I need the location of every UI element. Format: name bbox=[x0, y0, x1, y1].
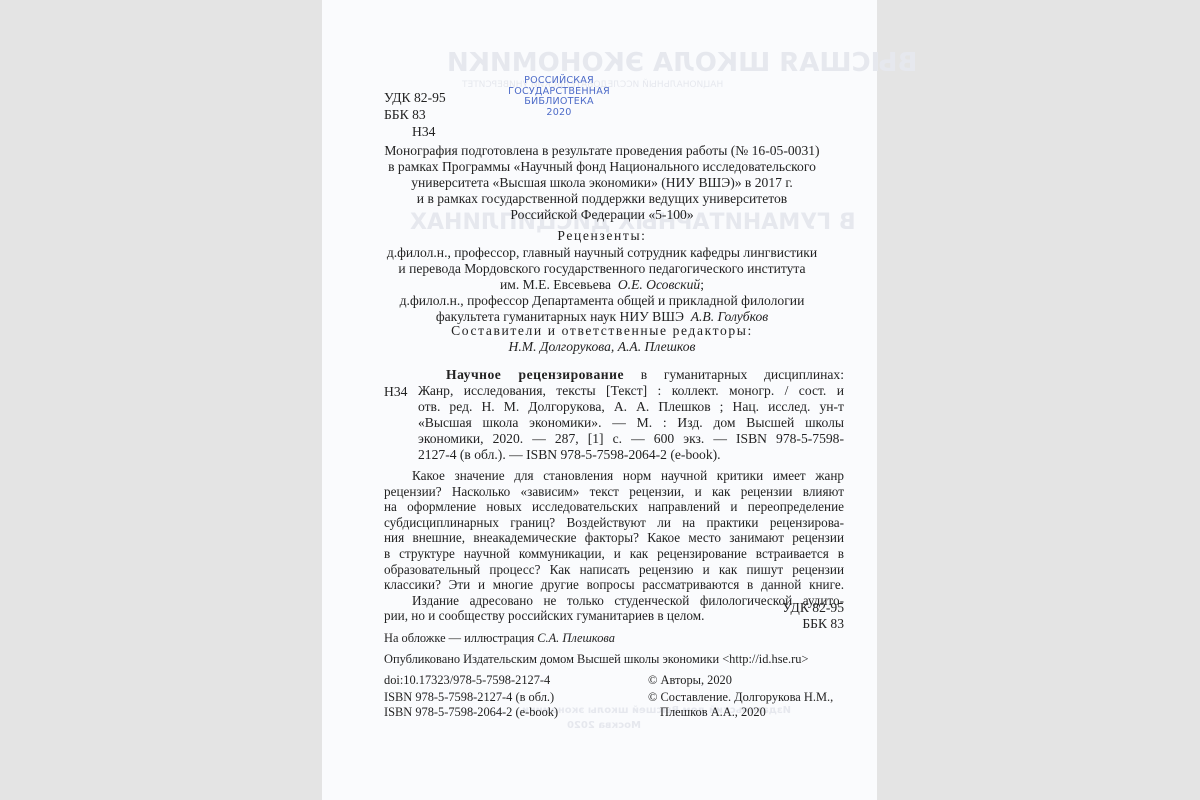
editors-names: Н.М. Долгорукова, А.А. Плешков bbox=[509, 339, 696, 354]
funding-line: в рамках Программы «Научный фонд Национа… bbox=[362, 159, 842, 175]
editors-heading: Составители и ответственные редакторы: bbox=[362, 323, 842, 339]
stamp-year: 2020 bbox=[504, 108, 614, 119]
book-page: ВЫСШАЯ ШКОЛА ЭКОНОМИКИ НАЦИОНАЛЬНЫЙ ИССЛ… bbox=[322, 0, 877, 800]
funding-line: Российской Федерации «5-100» bbox=[362, 207, 842, 223]
funding-note: Монография подготовлена в результате про… bbox=[362, 143, 842, 223]
udk-code: УДК 82-95 bbox=[384, 90, 446, 106]
abstract: Какое значение для становления норм науч… bbox=[384, 468, 844, 624]
bibliographic-mark: Н34 bbox=[384, 384, 407, 400]
bibliographic-record: Научное рецензирование в гуманитарных ди… bbox=[418, 367, 844, 463]
abstract-line: субдисциплинарных границ? Воздействуют л… bbox=[384, 515, 844, 531]
abstract-line: на оформление новых исследовательских на… bbox=[384, 499, 844, 515]
show-through-title: ВЫСШАЯ ШКОЛА ЭКОНОМИКИ bbox=[447, 48, 917, 78]
copyright-compilation-cont: Плешков А.А., 2020 bbox=[660, 705, 766, 721]
udk-code-bottom: УДК 82-95 bbox=[782, 600, 844, 616]
audience-line: Издание адресовано не только студенческо… bbox=[384, 593, 844, 609]
funding-line: Монография подготовлена в результате про… bbox=[362, 143, 842, 159]
library-stamp: РОССИЙСКАЯ ГОСУДАРСТВЕННАЯ БИБЛИОТЕКА 20… bbox=[504, 76, 614, 118]
reviewer-1-name: О.Е. Осовский bbox=[618, 277, 700, 292]
doi: doi:10.17323/978-5-7598-2127-4 bbox=[384, 673, 550, 689]
funding-line: и в рамках государственной поддержки вед… bbox=[362, 191, 842, 207]
biblio-line: 2127-4 (в обл.). — ISBN 978-5-7598-2064-… bbox=[418, 447, 844, 463]
abstract-line: рецензии? Насколько «зависим» текст реце… bbox=[384, 484, 844, 500]
biblio-line: экономики, 2020. — 287, [1] с. — 600 экз… bbox=[418, 431, 844, 447]
abstract-line: классики? Эти и многие другие вопросы ра… bbox=[384, 577, 844, 593]
publisher-note: Опубликовано Издательским домом Высшей ш… bbox=[384, 652, 808, 668]
isbn-ebook: ISBN 978-5-7598-2064-2 (e-book) bbox=[384, 705, 558, 721]
stamp-line: БИБЛИОТЕКА bbox=[504, 97, 614, 108]
abstract-line: образовательный процесс? Как написать ре… bbox=[384, 562, 844, 578]
bbk-code: ББК 83 bbox=[384, 107, 426, 123]
biblio-line: отв. ред. Н. М. Долгорукова, А. А. Плешк… bbox=[418, 399, 844, 415]
copyright-compilation: © Составление. Долгорукова Н.М., bbox=[648, 690, 833, 706]
author-mark: Н34 bbox=[412, 124, 435, 140]
editors-section: Составители и ответственные редакторы: Н… bbox=[362, 323, 842, 355]
reviewer-1-line: и перевода Мордовского государственного … bbox=[362, 261, 842, 277]
biblio-line: Жанр, исследования, тексты [Текст] : кол… bbox=[418, 383, 844, 399]
show-through-city: Москва 2020 bbox=[567, 720, 641, 731]
abstract-line: ния внешние, внеакадемические факторы? К… bbox=[384, 530, 844, 546]
book-title: Научное рецензирование bbox=[446, 367, 624, 382]
biblio-line: Научное рецензирование в гуманитарных ди… bbox=[418, 367, 844, 383]
biblio-line: «Высшая школа экономики». — М. : Изд. до… bbox=[418, 415, 844, 431]
classification-bottom: УДК 82-95 ББК 83 bbox=[782, 600, 844, 632]
reviewer-2-name: А.В. Голубков bbox=[691, 309, 768, 324]
cover-artist: С.А. Плешкова bbox=[537, 631, 615, 645]
funding-line: университета «Высшая школа экономики» (Н… bbox=[362, 175, 842, 191]
bbk-code-bottom: ББК 83 bbox=[782, 616, 844, 632]
stamp-line: РОССИЙСКАЯ bbox=[504, 76, 614, 87]
reviewer-2-line: д.филол.н., профессор Департамента общей… bbox=[362, 293, 842, 309]
reviewers-section: Рецензенты: д.филол.н., профессор, главн… bbox=[362, 228, 842, 325]
reviewer-1-line: им. М.Е. Евсевьева О.Е. Осовский; bbox=[362, 277, 842, 293]
abstract-line: Какое значение для становления норм науч… bbox=[384, 468, 844, 484]
cover-credit: На обложке — иллюстрация С.А. Плешкова bbox=[384, 631, 615, 647]
copyright-authors: © Авторы, 2020 bbox=[648, 673, 732, 689]
reviewer-1-line: д.филол.н., профессор, главный научный с… bbox=[362, 245, 842, 261]
audience-line: рии, но и сообществу российских гуманита… bbox=[384, 608, 844, 624]
reviewers-heading: Рецензенты: bbox=[362, 228, 842, 244]
abstract-line: в структуре научной коммуникации, и как … bbox=[384, 546, 844, 562]
isbn-print: ISBN 978-5-7598-2127-4 (в обл.) bbox=[384, 690, 554, 706]
